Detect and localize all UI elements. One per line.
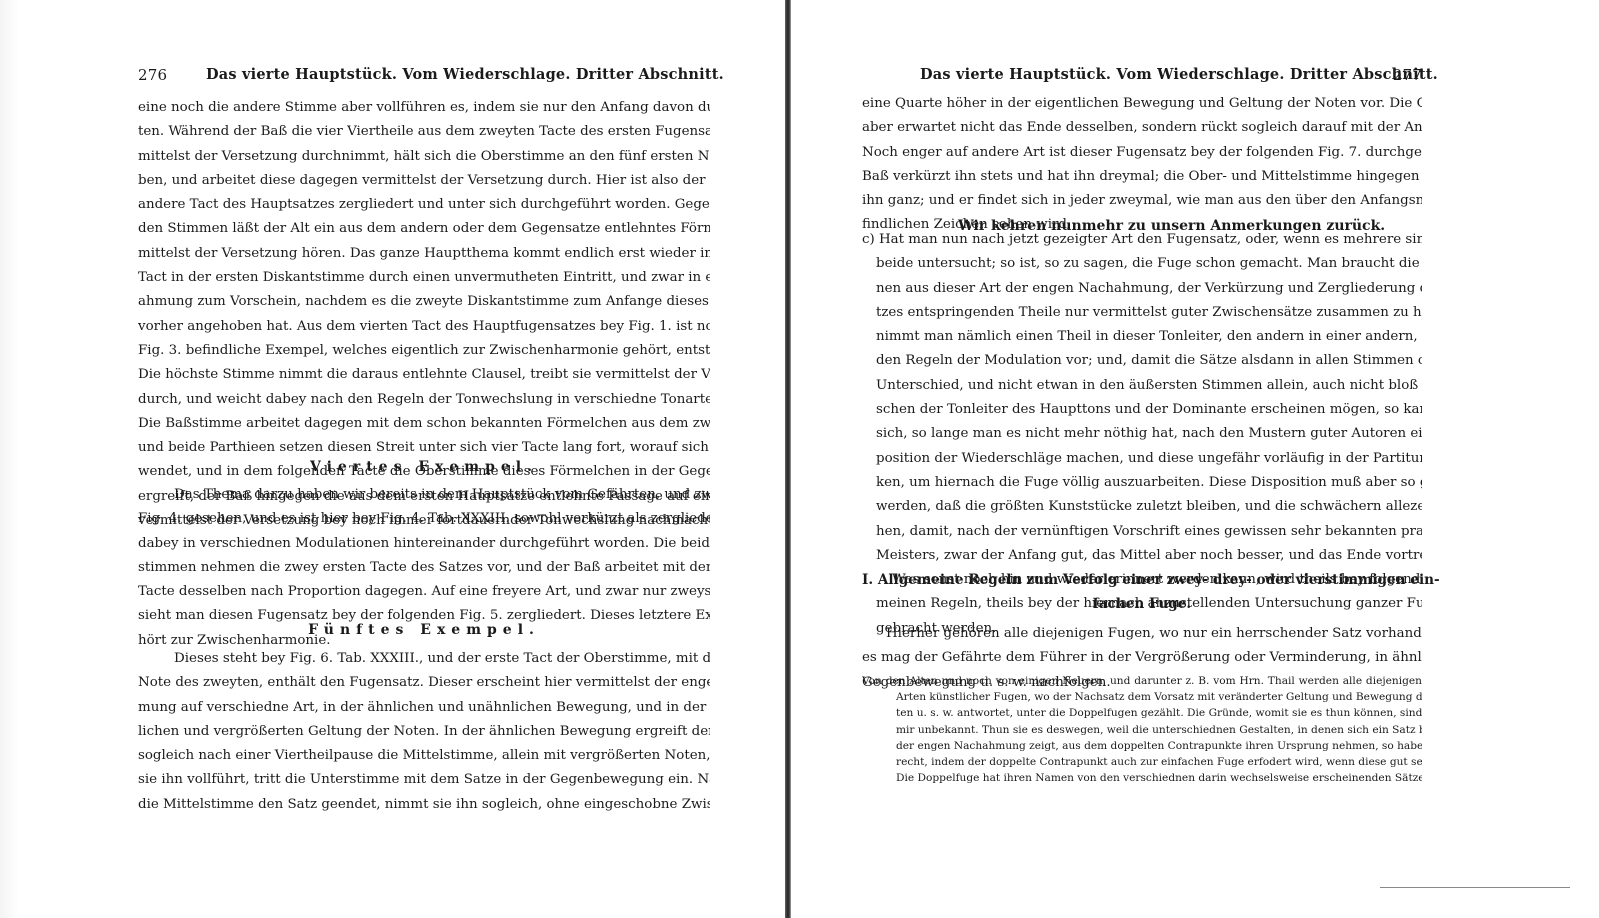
footnote-line: recht, indem der doppelte Contrapunkt au… xyxy=(862,754,1422,770)
footnote-line: der engen Nachahmung zeigt, aus dem dopp… xyxy=(862,738,1422,754)
text-line: Die Baßstimme arbeitet dagegen mit dem s… xyxy=(138,412,710,436)
text-line: mittelst der Versetzung hören. Das ganze… xyxy=(138,242,710,266)
text-line: Meisters, zwar der Anfang gut, das Mitte… xyxy=(862,544,1422,568)
footnote-line: Die Doppelfuge hat ihren Namen von den v… xyxy=(862,770,1422,786)
book-gutter xyxy=(785,0,791,918)
text-line: ahmung zum Vorschein, nachdem es die zwe… xyxy=(138,290,710,314)
text-line: Fig. 4. gesehen, und es ist hier bey Fig… xyxy=(138,507,710,531)
text-line: eine noch die andere Stimme aber vollfüh… xyxy=(138,96,710,120)
text-line: aber erwartet nicht das Ende desselben, … xyxy=(862,116,1422,140)
text-line: andere Tact des Hauptsatzes zergliedert … xyxy=(138,193,710,217)
text-line: schen der Tonleiter des Haupttons und de… xyxy=(862,398,1422,422)
text-line: Tact in der ersten Diskantstimme durch e… xyxy=(138,266,710,290)
text-line: mung auf verschiedne Art, in der ähnlich… xyxy=(138,696,710,720)
text-line: dabey in verschiednen Modulationen hinte… xyxy=(138,532,710,556)
example-heading: Fünftes Exempel. xyxy=(138,615,710,645)
text-line: eine Quarte höher in der eigentlichen Be… xyxy=(862,92,1422,116)
text-line: werden, daß die größten Kunststücke zule… xyxy=(862,495,1422,519)
text-line: sogleich nach einer Viertheilpause die M… xyxy=(138,744,710,768)
heading-viertes-exempel: Viertes Exempel. xyxy=(138,452,710,482)
running-head: Das vierte Hauptstück. Vom Wiederschlage… xyxy=(862,66,1422,88)
text-line: hen, damit, nach der vernünftigen Vorsch… xyxy=(862,520,1422,544)
text-line: vorher angehoben hat. Aus dem vierten Ta… xyxy=(138,315,710,339)
section-heading-I: I. Allgemeine Regeln zum Verfolg einer z… xyxy=(862,568,1422,616)
text-line: den Stimmen läßt der Alt ein aus dem and… xyxy=(138,217,710,241)
footnote-line: Arten künstlicher Fugen, wo der Nachsatz… xyxy=(862,689,1422,705)
footnote-line: Von den Alten und noch von einigen Neuer… xyxy=(862,673,1422,689)
text-line: durch, und weicht dabey nach den Regeln … xyxy=(138,388,710,412)
right-page: Das vierte Hauptstück. Vom Wiederschlage… xyxy=(862,0,1422,918)
text-line: nen aus dieser Art der engen Nachahmung,… xyxy=(862,277,1422,301)
text-line: nimmt man nämlich einen Theil in dieser … xyxy=(862,325,1422,349)
text-line: tzes entspringenden Theile nur vermittel… xyxy=(862,301,1422,325)
running-title: Das vierte Hauptstück. Vom Wiederschlage… xyxy=(920,66,1438,83)
text-line: es mag der Gefährte dem Führer in der Ve… xyxy=(862,646,1422,670)
text-line: Fig. 3. befindliche Exempel, welches eig… xyxy=(138,339,710,363)
text-line: ihn ganz; und er findet sich in jeder zw… xyxy=(862,189,1422,213)
text-line: Tacte desselben nach Proportion dagegen.… xyxy=(138,580,710,604)
paragraph: Dieses steht bey Fig. 6. Tab. XXXIII., u… xyxy=(138,647,710,817)
text-line: die Mittelstimme den Satz geendet, nimmt… xyxy=(138,793,710,817)
running-head: 276 Das vierte Hauptstück. Vom Wiedersch… xyxy=(138,66,710,88)
section-title-line: fachen Fuge. xyxy=(862,592,1422,616)
running-title: Das vierte Hauptstück. Vom Wiederschlage… xyxy=(206,66,724,83)
text-line: Das Thema darzu haben wir bereits in dem… xyxy=(138,483,710,507)
text-line: Note des zweyten, enthält den Fugensatz.… xyxy=(138,671,710,695)
text-line: stimmen nehmen die zwey ersten Tacte des… xyxy=(138,556,710,580)
text-line: Baß verkürzt ihn stets und hat ihn dreym… xyxy=(862,165,1422,189)
page-number: 277 xyxy=(1393,66,1422,84)
book-spread: 276 Das vierte Hauptstück. Vom Wiedersch… xyxy=(0,0,1599,918)
text-line: position der Wiederschläge machen, und d… xyxy=(862,447,1422,471)
footnote: Von den Alten und noch von einigen Neuer… xyxy=(862,673,1422,786)
page-number: 276 xyxy=(138,66,167,84)
text-line: Unterschied, und nicht etwan in den äuße… xyxy=(862,374,1422,398)
text-line: beide untersucht; so ist, so zu sagen, d… xyxy=(862,252,1422,276)
heading-fuenftes-exempel: Fünftes Exempel. xyxy=(138,615,710,645)
page-edge-left xyxy=(0,0,20,918)
text-line: Noch enger auf andere Art ist dieser Fug… xyxy=(862,141,1422,165)
text-line: c) Hat man nun nach jetzt gezeigter Art … xyxy=(862,228,1422,252)
text-line: ben, und arbeitet diese dagegen vermitte… xyxy=(138,169,710,193)
text-line: lichen und vergrößerten Geltung der Note… xyxy=(138,720,710,744)
text-line: sie ihn vollführt, tritt die Unterstimme… xyxy=(138,768,710,792)
text-line: ken, um hiernach die Fuge völlig auszuar… xyxy=(862,471,1422,495)
example-heading: Viertes Exempel. xyxy=(138,452,710,482)
text-line: Hierher gehören alle diejenigen Fugen, w… xyxy=(862,622,1422,646)
text-line: Die höchste Stimme nimmt die daraus entl… xyxy=(138,363,710,387)
page-edge-right xyxy=(1559,0,1599,918)
text-line: sich, so lange man es nicht mehr nöthig … xyxy=(862,422,1422,446)
text-line: den Regeln der Modulation vor; und, dami… xyxy=(862,349,1422,373)
footnote-line: mir unbekannt. Thun sie es deswegen, wei… xyxy=(862,722,1422,738)
text-line: mittelst der Versetzung durchnimmt, hält… xyxy=(138,145,710,169)
footnote-line: ten u. s. w. antwortet, unter die Doppel… xyxy=(862,705,1422,721)
text-line: Dieses steht bey Fig. 6. Tab. XXXIII., u… xyxy=(138,647,710,671)
left-page: 276 Das vierte Hauptstück. Vom Wiedersch… xyxy=(138,0,710,918)
section-title-line: I. Allgemeine Regeln zum Verfolg einer z… xyxy=(862,568,1422,592)
text-line: ten. Während der Baß die vier Viertheile… xyxy=(138,120,710,144)
